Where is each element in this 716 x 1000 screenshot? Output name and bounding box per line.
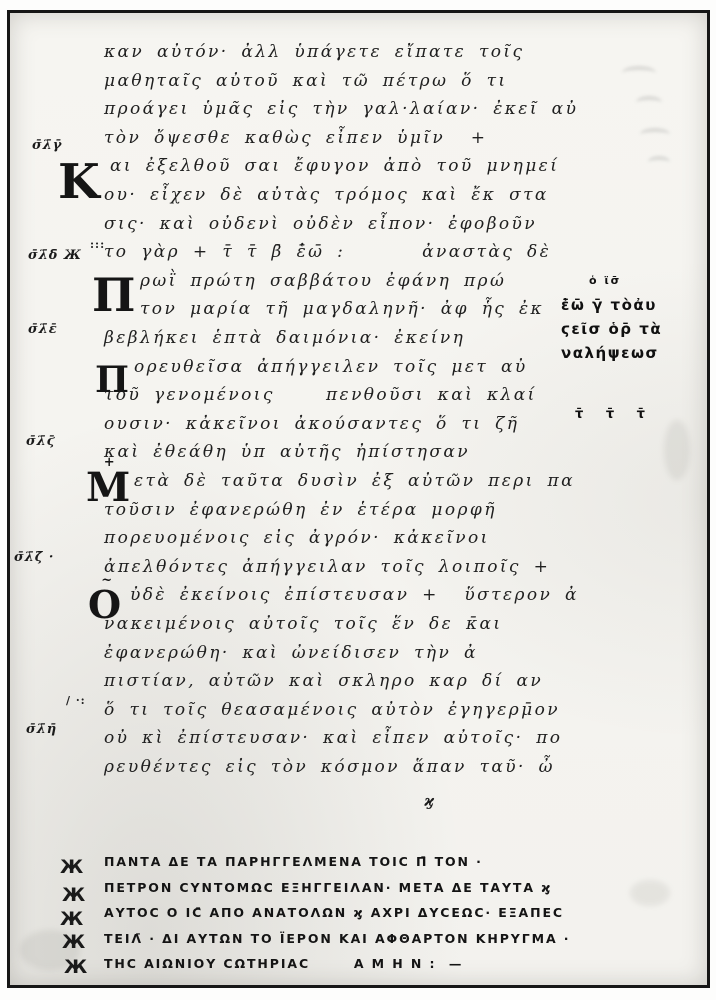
text-line: προάγει ὑμᾶς εἰς τὴν γαλ·λαίαν· ἐκεῖ αὐ xyxy=(104,101,578,118)
text-line: πορευομένοις εἰς ἀγρόν· κἀκεῖνοι xyxy=(104,530,490,547)
manuscript-scan-page: καν αὐτόν· ἀλλ ὑπάγετε εἴπατε τοῖςμαθητα… xyxy=(0,0,716,1000)
text-line: ορευθεῖσα ἀπήγγειλεν τοῖς μετ αὐ xyxy=(134,359,528,376)
note-line: ὁ ϊσ̄ xyxy=(561,269,711,293)
text-line: το γὰρ + τ̄ τ̄ β̄ ἑ̄ω̄ : ἀναστὰς δὲ xyxy=(104,244,551,261)
initial-letter: Κ xyxy=(58,158,100,206)
initial-letter: Ο~ xyxy=(88,586,121,624)
initial-letter: Π xyxy=(92,272,135,318)
note-line: ϛεῖσ ὁρ̄ τὰ xyxy=(561,317,711,341)
text-line: πιστίαν, αὐτῶν καὶ σκληρο καρ δί αν xyxy=(104,673,543,690)
section-number: σ̄λ̄δ̄ Ж xyxy=(28,248,82,263)
section-number: σ̄λ̄ζ̄ · xyxy=(14,550,54,565)
asterisk-rosette: Ж xyxy=(60,910,83,929)
text-line: σις· καὶ οὐδενὶ οὐδὲν εἶπον· ἐφοβοῦν xyxy=(104,216,537,233)
section-number: σ̄λ̄η̄ xyxy=(26,722,57,737)
initial-letter: Μ+ xyxy=(86,468,130,508)
text-line: ρευθέντες εἰς τὸν κόσμον ἅπαν ταῦ· ὦ xyxy=(104,759,555,776)
margin-dots-mark: ::: xyxy=(90,238,105,251)
bleed-through-mark xyxy=(622,66,656,80)
text-line: ου· εἶχεν δὲ αὐτὰς τρόμος καὶ ἔκ στα xyxy=(104,187,549,204)
note-line: ναλήψεωσ xyxy=(561,341,711,365)
initial-ornament: ~ xyxy=(101,574,112,587)
text-line: τὸν ὄψεσθε καθὼς εἶπεν ὑμῖν + xyxy=(104,130,487,147)
shorter-ending-line: ΤΕΙΛ̄ · ΔΙ ΑΥΤΩΝ ΤΟ ΪΕΡΟΝ ΚΑΙ ΑΦΘΑΡΤΟΝ Κ… xyxy=(104,933,570,946)
note-tail-marks: τ̄ τ̄ τ̄ xyxy=(561,407,711,422)
text-line: ὐδὲ ἐκείνοις ἐπίστευσαν + ὕστερον ἀ xyxy=(130,587,579,604)
text-line: τον μαρία τῆ μαγδαληνῆ· ἀφ ἧς ἐκ xyxy=(140,301,544,318)
text-line: καν αὐτόν· ἀλλ ὑπάγετε εἴπατε τοῖς xyxy=(104,44,524,61)
asterisk-rosette: Ж xyxy=(64,958,87,977)
text-line: καὶ ἐθεάθη ὑπ αὐτῆς ἠπίστησαν xyxy=(104,444,470,461)
bleed-through-mark xyxy=(636,96,662,109)
asterisk-rosette: Ж xyxy=(62,933,85,952)
text-line: ὅ τι τοῖς θεασαμένοις αὐτὸν ἐγηγερμ̄ον xyxy=(104,702,560,719)
section-number: σ̄λ̄ε̄ xyxy=(28,322,58,337)
paper-smudge xyxy=(630,880,670,906)
text-line: ουσιν· κἀκεῖνοι ἀκούσαντες ὅ τι ζῆ xyxy=(104,416,519,433)
text-line: τοῦσιν ἐφανερώθη ἐν ἑτέρα μορφῆ xyxy=(104,502,497,519)
section-number: σ̄λ̄γ̄ xyxy=(32,138,62,153)
initial-ornament: + xyxy=(104,456,115,469)
shorter-ending-line: ΠΕΤΡΟΝ ϹΥΝΤΟΜΩϹ ΕΞΗΓΓΕΙΛΑΝ· ΜΕΤΑ ΔΕ ΤΑΥΤ… xyxy=(104,882,552,895)
shorter-ending-line: ΑΥΤΟϹ Ο ΙϹ̄ ΑΠΟ ΑΝΑΤΟΛΩΝ ϗ ΑΧΡΙ ΔΥϹΕΩϹ· … xyxy=(104,907,564,920)
text-line: αι ἐξελθοῦ σαι ἔφυγον ἀπὸ τοῦ μνημεί xyxy=(110,158,559,175)
text-line: νακειμένοις αὐτοῖς τοῖς ἕν δε κ̄αι xyxy=(104,616,502,633)
text-line: τοῦ γενομένοις πενθοῦσι καὶ κλαί xyxy=(104,387,537,404)
bleed-through-mark xyxy=(640,128,670,141)
bleed-through-mark xyxy=(648,156,670,168)
text-line: ἀπελθόντες ἀπήγγειλαν τοῖς λοιποῖς + xyxy=(104,559,550,576)
initial-letter: Π xyxy=(95,362,129,398)
note-line: ἑ̄ω̄ γ̄ τὸἀυ xyxy=(561,293,711,317)
text-line: ετὰ δὲ ταῦτα δυσὶν ἐξ αὐτῶν περι πα xyxy=(134,473,575,490)
asterisk-rosette: Ж xyxy=(60,858,83,877)
shorter-ending-line: ΠΑΝΤΑ ΔΕ ΤΑ ΠΑΡΗΓΓΕΛΜΕΝΑ ΤΟΙϹ Π̄ ΤΟΝ · xyxy=(104,856,483,869)
text-line: ρωῒ πρώτη σαββάτου ἐφάνη πρώ xyxy=(140,273,506,290)
lectionary-note: ὁ ϊσ̄ἑ̄ω̄ γ̄ τὸἀυϛεῖσ ὁρ̄ τὰναλήψεωσ τ̄ … xyxy=(561,231,711,460)
text-line: μαθηταῖς αὐτοῦ καὶ τῶ πέτρω ὅ τι xyxy=(104,73,507,90)
section-number: σ̄λ̄ϛ̄ xyxy=(26,434,56,449)
text-line: οὐ κὶ ἐπίστευσαν· καὶ εἶπεν αὐτοῖς· πο xyxy=(104,730,562,747)
margin-diple-mark: / ·: xyxy=(66,694,86,707)
text-line: ἐφανερώθη· καὶ ὠνείδισεν τὴν ἀ xyxy=(104,645,478,662)
asterisk-rosette: Ж xyxy=(62,886,85,905)
catchword: ϗ xyxy=(424,792,434,810)
text-line: βεβλήκει ἑπτὰ δαιμόνια· ἐκείνη xyxy=(104,330,465,347)
shorter-ending-line: ΤΗϹ ΑΙΩΝΙΟΥ ϹΩΤΗΡΙΑϹ Α Μ Η Ν : — xyxy=(104,958,463,971)
